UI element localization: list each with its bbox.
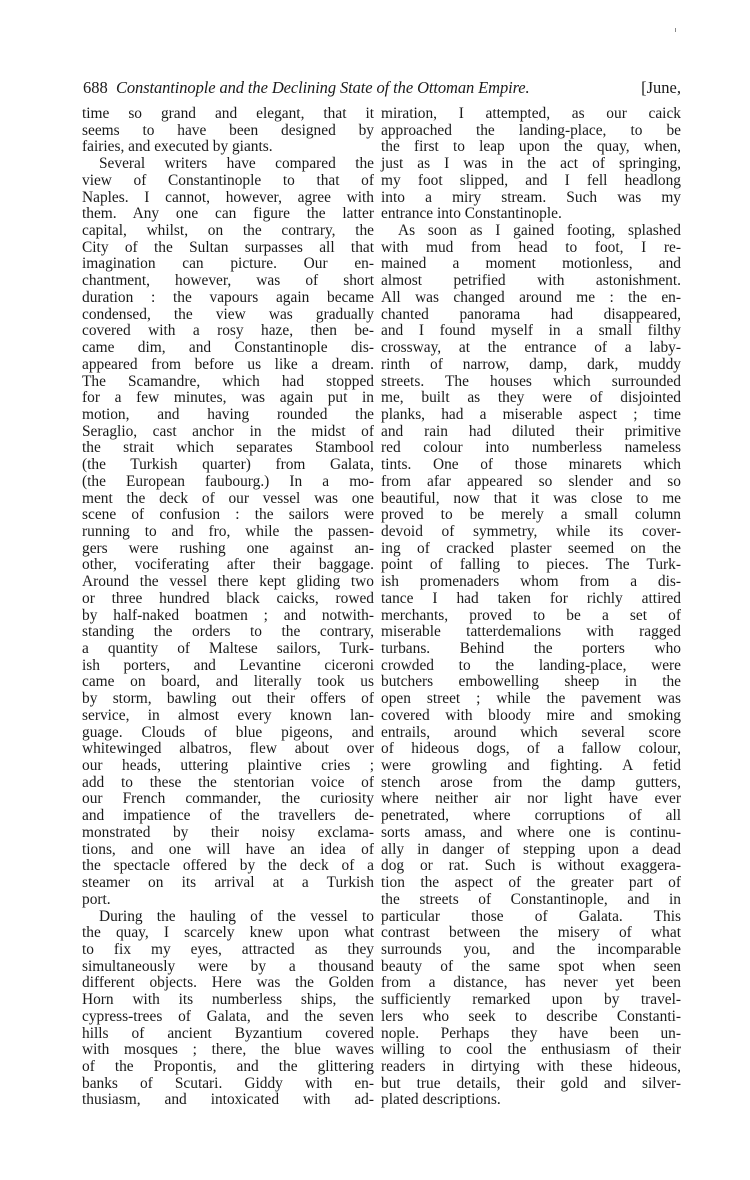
text-line: add to these the stentorian voice of — [82, 775, 374, 792]
text-line: sufficiently remarked upon by travel- — [381, 992, 681, 1009]
text-line: devoid of symmetry, while its cover- — [381, 524, 681, 541]
text-line: covered with a rosy haze, then be- — [82, 323, 374, 340]
text-line: view of Constantinople to that of — [82, 173, 374, 190]
text-line: into a miry stream. Such was my — [381, 190, 681, 207]
text-line: condensed, the view was gradually — [82, 307, 374, 324]
text-line: plated descriptions. — [381, 1092, 681, 1109]
text-line: banks of Scutari. Giddy with en- — [82, 1076, 374, 1093]
running-date: [June, — [641, 78, 681, 98]
text-line: (the European faubourg.) In a mo- — [82, 474, 374, 491]
page-number: 688 — [83, 78, 108, 98]
text-line: streets. The houses which surrounded — [381, 374, 681, 391]
document-page: 688 Constantinople and the Declining Sta… — [0, 0, 750, 1180]
text-line: and impatience of the travellers de- — [82, 808, 374, 825]
text-line: port. — [82, 892, 374, 909]
text-line: beautiful, now that it was close to me — [381, 491, 681, 508]
text-line: stench arose from the damp gutters, — [381, 775, 681, 792]
text-line: tions, and one will have an idea of — [82, 842, 374, 859]
text-line: service, in almost every known lan- — [82, 708, 374, 725]
text-line: open street ; while the pavement was — [381, 691, 681, 708]
text-line: my foot slipped, and I fell headlong — [381, 173, 681, 190]
text-line: During the hauling of the vessel to — [82, 909, 374, 926]
text-line: dog or rat. Such is without exaggera- — [381, 858, 681, 875]
text-line: miration, I attempted, as our caick — [381, 106, 681, 123]
text-line: Naples. I cannot, however, agree with — [82, 190, 374, 207]
text-line: rinth of narrow, damp, dark, muddy — [381, 357, 681, 374]
text-line: particular those of Galata. This — [381, 909, 681, 926]
text-line: willing to cool the enthusiasm of their — [381, 1042, 681, 1059]
text-line: time so grand and elegant, that it — [82, 106, 374, 123]
text-line: from a distance, has never yet been — [381, 975, 681, 992]
text-line: of hideous dogs, of a fallow colour, — [381, 741, 681, 758]
text-line: tints. One of those minarets which — [381, 457, 681, 474]
text-line: with mud from head to foot, I re- — [381, 240, 681, 257]
text-line: City of the Sultan surpasses all that — [82, 240, 374, 257]
text-line: thusiasm, and intoxicated with ad- — [82, 1092, 374, 1109]
text-line: merchants, proved to be a set of — [381, 608, 681, 625]
text-line: ish porters, and Levantine ciceroni — [82, 658, 374, 675]
text-line: came on board, and literally took us — [82, 674, 374, 691]
text-line: tion the aspect of the greater part of — [381, 875, 681, 892]
text-line: simultaneously were by a thousand — [82, 959, 374, 976]
text-line: capital, whilst, on the contrary, the — [82, 223, 374, 240]
text-line: Horn with its numberless ships, the — [82, 992, 374, 1009]
text-line: scene of confusion : the sailors were — [82, 507, 374, 524]
text-line: Around the vessel there kept gliding two — [82, 574, 374, 591]
text-line: our French commander, the curiosity — [82, 791, 374, 808]
text-line: The Scamandre, which had stopped — [82, 374, 374, 391]
right-column: miration, I attempted, as our caickappro… — [381, 106, 681, 1109]
text-line: ally in danger of stepping upon a dead — [381, 842, 681, 859]
text-line: ish promenaders whom from a dis- — [381, 574, 681, 591]
text-line: covered with bloody mire and smoking — [381, 708, 681, 725]
text-line: appeared from before us like a dream. — [82, 357, 374, 374]
text-line: whitewinged albatros, flew about over — [82, 741, 374, 758]
text-line: just as I was in the act of springing, — [381, 156, 681, 173]
text-line: and I found myself in a small filthy — [381, 323, 681, 340]
text-line: Several writers have compared the — [82, 156, 374, 173]
text-line: running to and fro, while the passen- — [82, 524, 374, 541]
text-line: butchers embowelling sheep in the — [381, 674, 681, 691]
text-line: but true details, their gold and silver- — [381, 1076, 681, 1093]
text-line: sorts amass, and where one is continu- — [381, 825, 681, 842]
text-line: surrounds you, and the incomparable — [381, 942, 681, 959]
text-line: standing the orders to the contrary, — [82, 624, 374, 641]
text-line: and rain had diluted their primitive — [381, 424, 681, 441]
text-line: of the Propontis, and the glittering — [82, 1059, 374, 1076]
text-line: lers who seek to describe Constanti- — [381, 1009, 681, 1026]
text-line: red colour into numberless nameless — [381, 440, 681, 457]
text-line: our heads, uttering plaintive cries ; — [82, 758, 374, 775]
text-line: proved to be merely a small column — [381, 507, 681, 524]
text-line: Seraglio, cast anchor in the midst of — [82, 424, 374, 441]
text-line: the streets of Constantinople, and in — [381, 892, 681, 909]
text-line: hills of ancient Byzantium covered — [82, 1026, 374, 1043]
text-line: seems to have been designed by — [82, 123, 374, 140]
text-line: the first to leap upon the quay, when, — [381, 139, 681, 156]
stray-print-mark — [675, 28, 676, 32]
text-line: a quantity of Maltese sailors, Turk- — [82, 641, 374, 658]
text-line: me, built as they were of disjointed — [381, 390, 681, 407]
text-line: crossway, at the entrance of a laby- — [381, 340, 681, 357]
text-line: cypress-trees of Galata, and the seven — [82, 1009, 374, 1026]
text-line: mained a moment motionless, and — [381, 256, 681, 273]
text-line: As soon as I gained footing, splashed — [381, 223, 681, 240]
text-line: chanted panorama had disappeared, — [381, 307, 681, 324]
text-line: or three hundred black caicks, rowed — [82, 591, 374, 608]
text-line: tance I had taken for richly attired — [381, 591, 681, 608]
text-line: by storm, bawling out their offers of — [82, 691, 374, 708]
text-line: came dim, and Constantinople dis- — [82, 340, 374, 357]
text-line: the spectacle offered by the deck of a — [82, 858, 374, 875]
text-line: contrast between the misery of what — [381, 925, 681, 942]
text-line: chantment, however, was of short — [82, 273, 374, 290]
text-line: where neither air nor light have ever — [381, 791, 681, 808]
text-line: ing of cracked plaster seemed on the — [381, 541, 681, 558]
running-title: Constantinople and the Declining State o… — [116, 78, 530, 98]
left-column: time so grand and elegant, that itseems … — [82, 106, 374, 1109]
text-line: entrails, around which several score — [381, 725, 681, 742]
text-line: fairies, and executed by giants. — [82, 139, 374, 156]
text-line: the strait which separates Stambool — [82, 440, 374, 457]
text-line: motion, and having rounded the — [82, 407, 374, 424]
text-line: imagination can picture. Our en- — [82, 256, 374, 273]
text-line: All was changed around me : the en- — [381, 290, 681, 307]
text-line: planks, had a miserable aspect ; time — [381, 407, 681, 424]
text-line: (the Turkish quarter) from Galata, — [82, 457, 374, 474]
text-line: point of falling to pieces. The Turk- — [381, 557, 681, 574]
text-line: to fix my eyes, attracted as they — [82, 942, 374, 959]
text-line: duration : the vapours again became — [82, 290, 374, 307]
text-line: miserable tatterdemalions with ragged — [381, 624, 681, 641]
text-line: approached the landing-place, to be — [381, 123, 681, 140]
text-line: other, vociferating after their baggage. — [82, 557, 374, 574]
text-line: turbans. Behind the porters who — [381, 641, 681, 658]
running-head: 688 Constantinople and the Declining Sta… — [83, 78, 681, 98]
text-line: ment the deck of our vessel was one — [82, 491, 374, 508]
text-line: the quay, I scarcely knew upon what — [82, 925, 374, 942]
text-line: by half-naked boatmen ; and notwith- — [82, 608, 374, 625]
text-line: nople. Perhaps they have been un- — [381, 1026, 681, 1043]
text-line: penetrated, where corruptions of all — [381, 808, 681, 825]
text-line: monstrated by their noisy exclama- — [82, 825, 374, 842]
text-line: guage. Clouds of blue pigeons, and — [82, 725, 374, 742]
text-line: were growling and fighting. A fetid — [381, 758, 681, 775]
text-line: almost petrified with astonishment. — [381, 273, 681, 290]
text-line: beauty of the same spot when seen — [381, 959, 681, 976]
text-line: them. Any one can figure the latter — [82, 206, 374, 223]
text-line: from afar appeared so slender and so — [381, 474, 681, 491]
text-line: readers in dirtying with these hideous, — [381, 1059, 681, 1076]
text-line: with mosques ; there, the blue waves — [82, 1042, 374, 1059]
text-line: crowded to the landing-place, were — [381, 658, 681, 675]
text-line: steamer on its arrival at a Turkish — [82, 875, 374, 892]
text-line: different objects. Here was the Golden — [82, 975, 374, 992]
text-line: for a few minutes, was again put in — [82, 390, 374, 407]
text-line: gers were rushing one against an- — [82, 541, 374, 558]
text-line: entrance into Constantinople. — [381, 206, 681, 223]
